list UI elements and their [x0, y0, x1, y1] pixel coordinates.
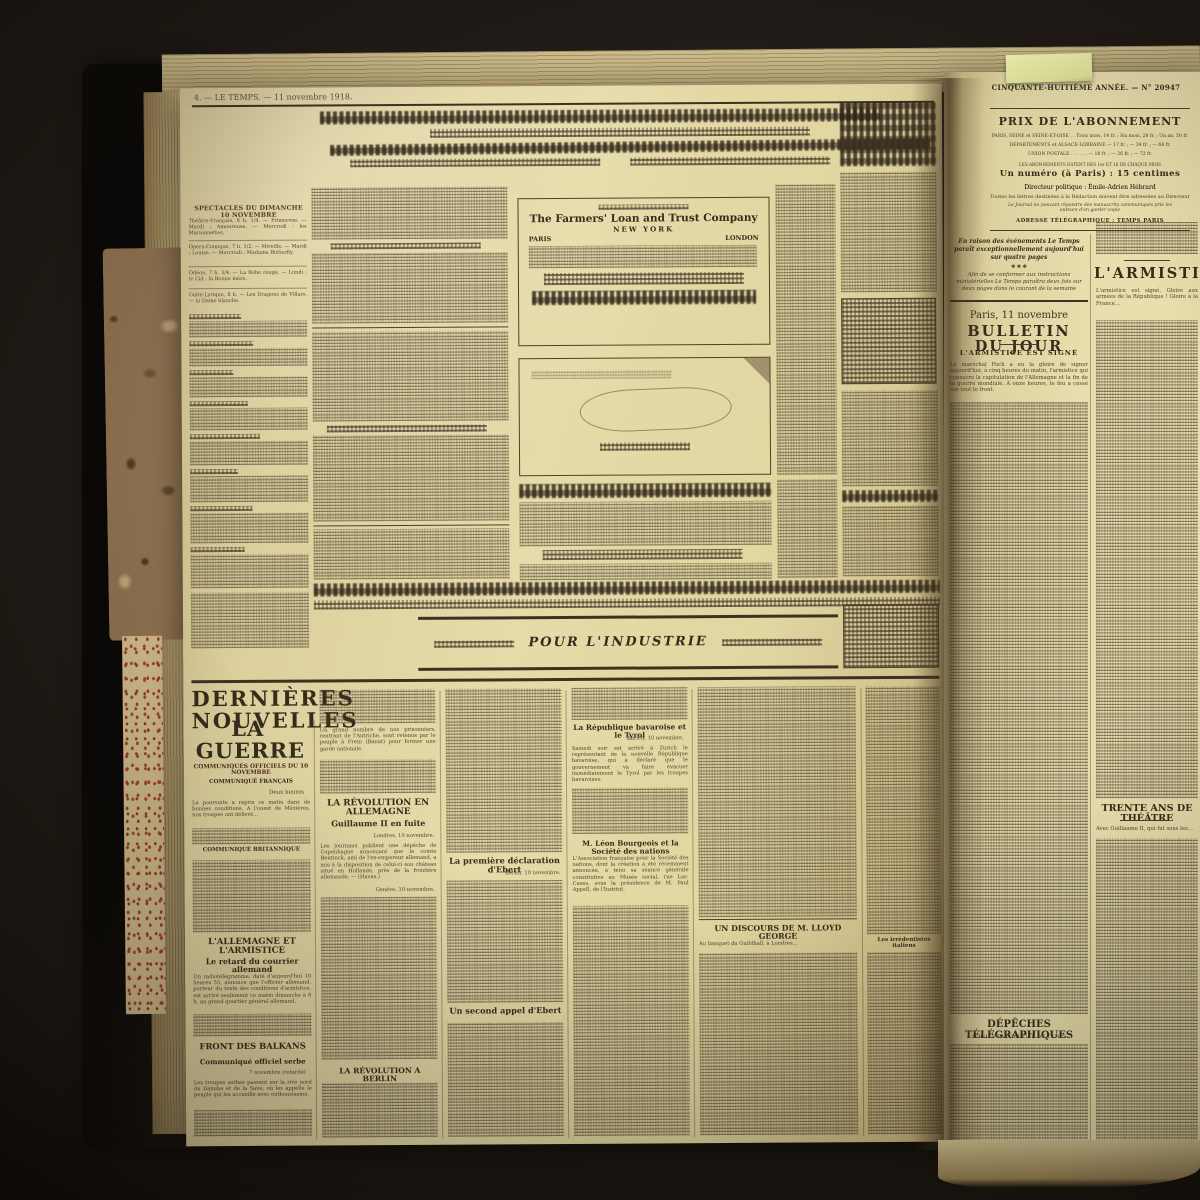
illegible-text: [190, 469, 238, 474]
armistice-headline: L'ARMISTICE: [1094, 266, 1200, 281]
article-excerpt: Un radiotélégramme, daté d'aujourd'hui 1…: [193, 974, 311, 1006]
divider: [699, 918, 857, 920]
illegible-text: [544, 272, 744, 285]
column-rule: [439, 691, 443, 1139]
column-rule: [314, 720, 318, 1140]
divider: [189, 266, 307, 268]
ad-illustration: [579, 385, 733, 433]
photograph-scene: 4. — LE TEMPS. — 11 novembre 1918. SPECT…: [0, 0, 1200, 1200]
illegible-text: [321, 897, 438, 1060]
illegible-text: [190, 408, 308, 431]
newspaper-left-page: 4. — LE TEMPS. — 11 novembre 1918. SPECT…: [180, 84, 948, 1147]
article-excerpt: L'armistice est signé. Gloire aux armées…: [1096, 288, 1198, 307]
header-rule: [192, 101, 934, 108]
dateline: Zurich, 10 novembre.: [584, 735, 684, 742]
bank-ad-paris: PARIS: [529, 236, 552, 243]
divider: [189, 240, 307, 242]
illegible-text: [572, 787, 688, 834]
article-excerpt: Au banquet du Guildhall, à Londres…: [699, 940, 857, 947]
divider: [990, 108, 1190, 109]
illegible-text: [699, 952, 858, 1135]
industry-banner: POUR L'INDUSTRIE: [418, 614, 838, 671]
illegible-text: [190, 434, 260, 439]
classified-ads: [775, 184, 837, 474]
classified-ads: [313, 528, 509, 579]
directeur-line: Directeur politique : Émile-Adrien Hébra…: [990, 184, 1190, 191]
illegible-text: [190, 377, 308, 398]
column-rule: [691, 689, 695, 1137]
leon-bourgeois-heading: M. Léon Bourgeois et la Société des nati…: [568, 839, 692, 855]
classified-ads: [327, 424, 487, 432]
illegible-text: [191, 554, 309, 589]
book-gutter-shadow: [912, 78, 984, 1150]
divider: [313, 524, 509, 526]
classified-ads: [311, 186, 507, 239]
illegible-text: [191, 592, 309, 649]
ebert-second-appel-heading: Un second appel d'Ebert: [447, 1006, 563, 1015]
illegible-text: [573, 905, 690, 1136]
spectacles-entry: Théâtre-Français, 8 h. 1/4. — Primerose.…: [189, 218, 307, 237]
communique-serbe-heading: Communiqué officiel serbe: [194, 1058, 312, 1066]
column-rule: [565, 690, 569, 1138]
communique-britannique-heading: COMMUNIQUÉ BRITANNIQUE: [192, 848, 310, 855]
guillaume-fuite-heading: Guillaume II en fuite: [320, 819, 436, 828]
illegible-text: [1096, 838, 1198, 1148]
column-rule: [1090, 234, 1091, 1150]
trente-ans-theatre-heading: TRENTE ANS DE THÉÂTRE: [1092, 804, 1200, 824]
retard-courrier-heading: Le retard du courrier allemand: [193, 958, 311, 975]
dateline: Londres, 10 novembre.: [334, 833, 434, 840]
ad-display-type: [630, 156, 830, 165]
article-excerpt: Les troupes serbes passent sur la rive n…: [194, 1080, 312, 1099]
illegible-text: [532, 290, 756, 305]
classified-ads: [777, 479, 838, 577]
illegible-text: [189, 370, 233, 375]
bank-ad-box: The Farmers' Loan and Trust Company NEW …: [517, 197, 770, 347]
illegible-text: [697, 686, 856, 917]
classified-ads: [520, 563, 772, 581]
illegible-text: [571, 687, 687, 720]
bank-ad-london: LONDON: [725, 235, 758, 242]
section-rule: [191, 676, 939, 684]
illegible-text: [529, 245, 757, 268]
illegible-text: [193, 1014, 311, 1037]
manuscrits-line: Le Journal ne pouvant répondre des manus…: [1000, 203, 1180, 213]
illegible-text: [189, 321, 307, 338]
classified-ads: [543, 549, 743, 560]
illegible-text: [1096, 222, 1198, 254]
illegible-text: [189, 314, 241, 319]
lloyd-george-heading: UN DISCOURS DE M. LLOYD GEORGE: [699, 924, 857, 941]
ad-corner-fold: [743, 358, 769, 384]
revolution-berlin-heading: LA RÉVOLUTION A BERLIN: [322, 1067, 438, 1084]
illegible-text: [192, 828, 310, 845]
illegible-text: [434, 640, 514, 647]
illegible-text: [600, 442, 690, 451]
revolution-allemagne-heading: LA RÉVOLUTION EN ALLEMAGNE: [316, 799, 440, 818]
classified-ads: [519, 501, 771, 547]
illegible-text: [320, 759, 436, 794]
article-excerpt: Samedi soir est arrivé à Zurich le repré…: [572, 745, 688, 783]
ad-display-type: [519, 483, 771, 499]
illegible-text: [447, 1022, 564, 1137]
dateline: Deux heures: [214, 790, 304, 797]
prix-row: DÉPARTEMENTS et ALSACE-LORRAINE — 17 fr.…: [984, 143, 1196, 148]
communiques-officiels-heading: COMMUNIQUÉS OFFICIELS DU 10 NOVEMBRE: [192, 764, 310, 777]
illegible-text: [1096, 320, 1198, 798]
ad-display-type: [320, 108, 880, 124]
illegible-text: [319, 689, 435, 724]
ornate-banner-strip: [314, 580, 940, 597]
illegible-text: [194, 1110, 312, 1137]
classified-ads: [313, 434, 510, 521]
prix-row: UNION POSTALE . . . . . . — 18 fr. ; — 3…: [984, 152, 1196, 157]
dateline: Berlin, 10 novembre.: [461, 870, 561, 877]
divider: [1124, 260, 1170, 261]
classified-ads: [312, 252, 508, 323]
illegible-text: [190, 513, 308, 544]
illegible-text: [189, 341, 253, 346]
ad-display-type: [430, 126, 810, 137]
divider: [1000, 344, 1038, 345]
folio-line: 4. — LE TEMPS. — 11 novembre 1918.: [194, 91, 494, 102]
illegible-text: [190, 506, 252, 511]
illegible-text: [598, 204, 688, 210]
dateline: Genève, 10 novembre.: [335, 887, 435, 894]
illegible-text: [192, 860, 310, 933]
prix-note: LES ABONNEMENTS DATENT DES 1er ET 16 DE …: [984, 162, 1196, 167]
illegible-text: [722, 638, 822, 646]
illegible-text: [189, 348, 307, 367]
illegible-text: [190, 441, 308, 466]
article-excerpt: Un grand nombre de nos prisonniers, rent…: [320, 727, 436, 753]
prix-abonnement-title: PRIX DE L'ABONNEMENT: [990, 116, 1190, 128]
article-excerpt: La poursuite a repris ce matin dans de b…: [192, 800, 310, 819]
numero-price: Un numéro (à Paris) : 15 centimes: [990, 170, 1190, 179]
classified-ads: [331, 243, 481, 250]
illustrated-ad-box: [518, 357, 771, 477]
spectacles-entry: Opéra-Comique, 7 h. 1/2. — Mireille. — M…: [189, 244, 307, 257]
ad-display-type: [350, 158, 600, 168]
illegible-text: [532, 370, 672, 379]
article-excerpt: L'Association française pour la Société …: [572, 855, 688, 893]
classified-ads: [312, 330, 509, 421]
sticky-note: [1006, 53, 1093, 83]
la-guerre-headline: LA GUERRE: [196, 718, 300, 763]
divider: [312, 326, 508, 328]
marbled-endpaper: [103, 247, 192, 640]
communique-francais-heading: COMMUNIQUÉ FRANÇAIS: [192, 780, 310, 787]
front-balkans-heading: FRONT DES BALKANS: [194, 1042, 312, 1052]
column-rule: [860, 688, 864, 1136]
illegible-text: [322, 1083, 438, 1138]
illegible-text: [190, 476, 308, 503]
lettres-line: Toutes les lettres destinées à la Rédact…: [986, 194, 1194, 200]
illegible-text: [445, 688, 562, 853]
bank-ad-city: NEW YORK: [529, 225, 759, 234]
bottom-page-curve: [938, 1140, 1200, 1188]
divider: [1120, 820, 1170, 821]
spectacles-entry: Odéon, 7 h. 3/4. — La Robe rouge. — Lund…: [189, 270, 307, 283]
spectacles-entry: Gaîté-Lyrique, 8 h. — Les Dragons de Vil…: [189, 292, 307, 305]
allemagne-armistice-heading: L'ALLEMAGNE ET L'ARMISTICE: [189, 938, 315, 957]
prix-row: PARIS, SEINE et SEINE-ET-OISE . . Trois …: [984, 134, 1196, 139]
article-excerpt: Avec Guillaume II, qui fut sous les…: [1096, 826, 1198, 832]
dateline: 7 novembre (retardé): [216, 1070, 306, 1077]
illegible-text: [447, 880, 564, 1003]
masthead-annee: CINQUANTE-HUITIÈME ANNÉE. — N° 20947: [978, 84, 1194, 91]
illegible-text: [191, 547, 245, 552]
speckled-page-edge: [122, 636, 166, 1014]
article-excerpt: Les journaux publient une dépêche de Cop…: [320, 843, 436, 881]
illegible-text: [190, 401, 248, 406]
divider: [189, 288, 307, 290]
industry-banner-text: POUR L'INDUSTRIE: [528, 635, 707, 650]
bank-ad-name: The Farmers' Loan and Trust Company: [529, 213, 759, 225]
